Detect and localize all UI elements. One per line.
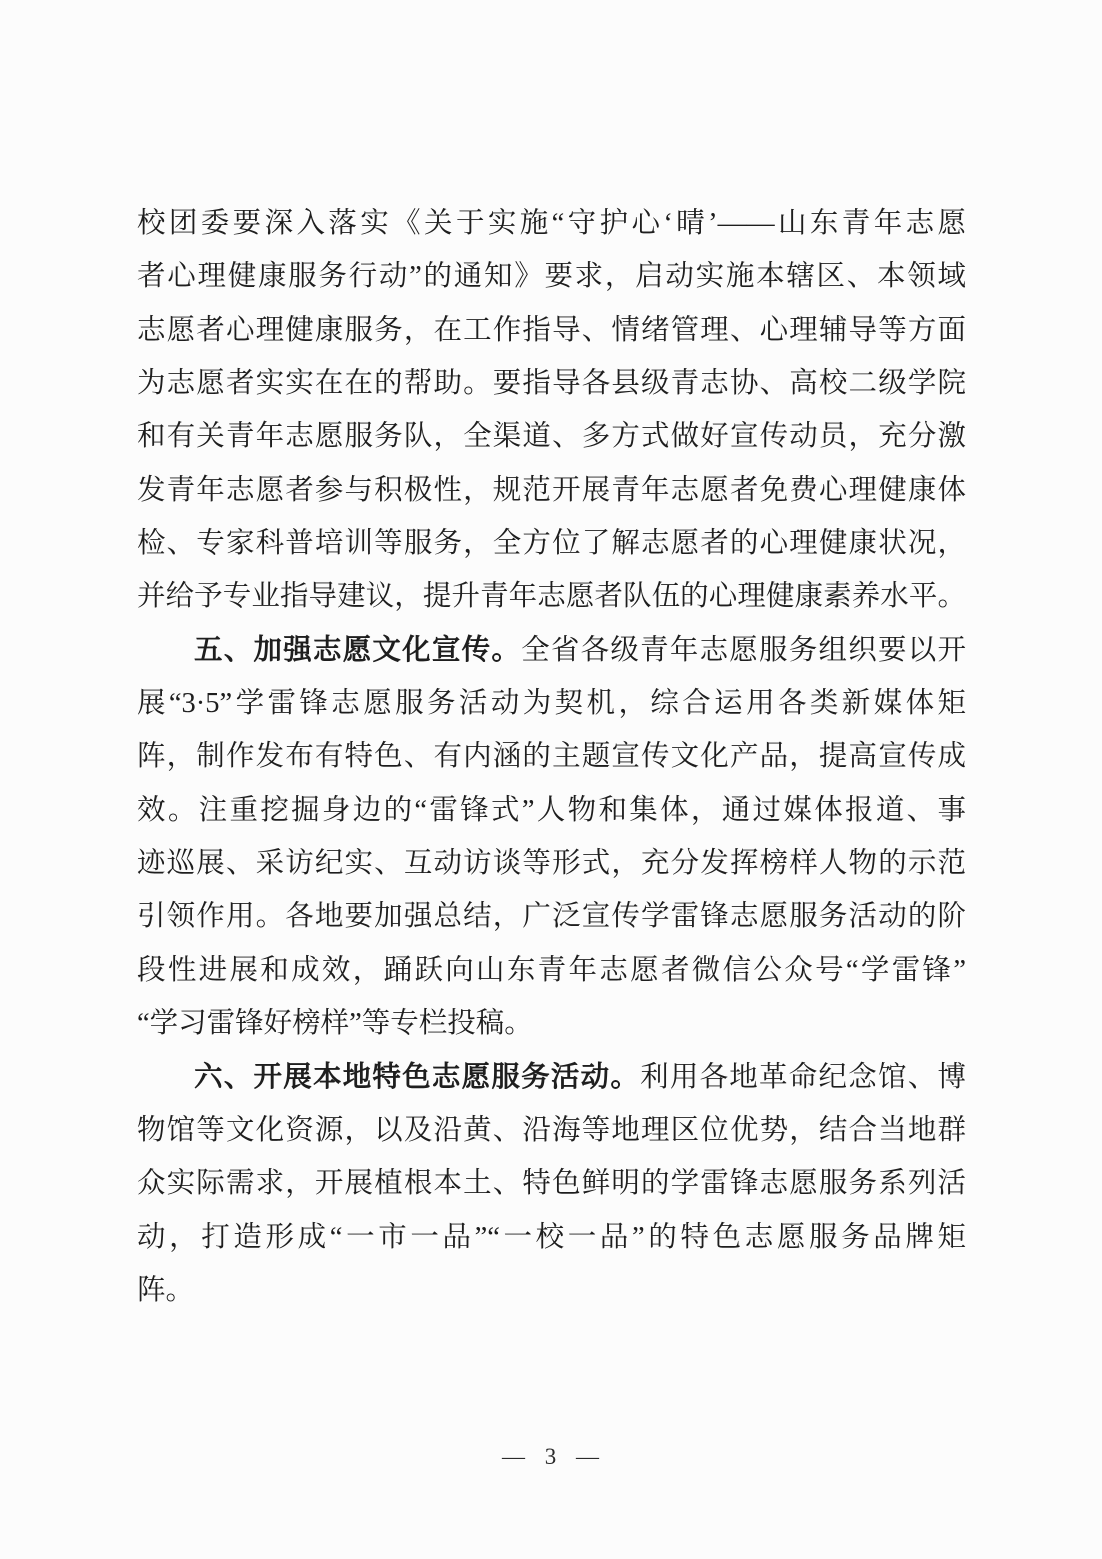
- text-segment: 为志愿者实实在在的帮助。要指导各县级青志协、高校二级学院: [137, 368, 966, 399]
- text-segment: 志愿者心理健康服务，在工作指导、情绪管理、心理辅导等方面: [137, 315, 966, 346]
- text-line: 展“3·5”学雷锋志愿服务活动为契机，综合运用各类新媒体矩: [137, 677, 966, 730]
- text-segment: 引领作用。各地要加强总结，广泛宣传学雷锋志愿服务活动的阶: [137, 901, 966, 932]
- text-segment: 物馆等文化资源，以及沿黄、沿海等地理区位优势，结合当地群: [137, 1115, 966, 1146]
- text-segment: 阵，制作发布有特色、有内涵的主题宣传文化产品，提高宣传成: [137, 741, 966, 772]
- text-segment: 利用各地革命纪念馆、博: [640, 1062, 966, 1093]
- text-segment: 众实际需求，开展植根本土、特色鲜明的学雷锋志愿服务系列活: [137, 1168, 966, 1199]
- text-line: 段性进展和成效，踊跃向山东青年志愿者微信公众号“学雷锋”: [137, 944, 966, 997]
- page-number: — 3 —: [502, 1444, 600, 1469]
- text-line: 者心理健康服务行动”的通知》要求，启动实施本辖区、本领域: [137, 250, 966, 303]
- text-line: 物馆等文化资源，以及沿黄、沿海等地理区位优势，结合当地群: [137, 1104, 966, 1157]
- text-segment: 效。注重挖掘身边的“雷锋式”人物和集体，通过媒体报道、事: [137, 795, 966, 826]
- text-segment: 发青年志愿者参与积极性，规范开展青年志愿者免费心理健康体: [137, 475, 966, 506]
- text-line: 校团委要深入落实《关于实施“守护心‘晴’——山东青年志愿: [137, 197, 966, 250]
- text-line: 为志愿者实实在在的帮助。要指导各县级青志协、高校二级学院: [137, 357, 966, 410]
- text-segment: 并给予专业指导建议，提升青年志愿者队伍的心理健康素养水平。: [137, 581, 966, 612]
- text-line: 五、加强志愿文化宣传。全省各级青年志愿服务组织要以开: [137, 624, 966, 677]
- text-segment: 展“3·5”学雷锋志愿服务活动为契机，综合运用各类新媒体矩: [137, 688, 966, 719]
- text-line: 迹巡展、采访纪实、互动访谈等形式，充分发挥榜样人物的示范: [137, 837, 966, 890]
- text-segment: 和有关青年志愿服务队，全渠道、多方式做好宣传动员，充分激: [137, 421, 966, 452]
- text-segment: 校团委要深入落实《关于实施“守护心‘晴’——山东青年志愿: [137, 208, 966, 239]
- text-line: 众实际需求，开展植根本土、特色鲜明的学雷锋志愿服务系列活: [137, 1157, 966, 1210]
- text-line: 引领作用。各地要加强总结，广泛宣传学雷锋志愿服务活动的阶: [137, 890, 966, 943]
- text-segment: 动，打造形成“一市一品”“一校一品”的特色志愿服务品牌矩: [137, 1222, 966, 1253]
- text-segment: 者心理健康服务行动”的通知》要求，启动实施本辖区、本领域: [137, 261, 966, 292]
- text-segment: “学习雷锋好榜样”等专栏投稿。: [137, 1008, 533, 1039]
- text-line: 并给予专业指导建议，提升青年志愿者队伍的心理健康素养水平。: [137, 570, 966, 623]
- text-segment: 检、专家科普培训等服务，全方位了解志愿者的心理健康状况，: [137, 528, 966, 559]
- page-footer: — 3 —: [0, 1441, 1102, 1473]
- text-segment: 阵。: [137, 1275, 194, 1306]
- text-line: 阵，制作发布有特色、有内涵的主题宣传文化产品，提高宣传成: [137, 730, 966, 783]
- section-heading: 五、加强志愿文化宣传。: [194, 634, 521, 666]
- text-line: “学习雷锋好榜样”等专栏投稿。: [137, 997, 966, 1050]
- text-line: 志愿者心理健康服务，在工作指导、情绪管理、心理辅导等方面: [137, 304, 966, 357]
- text-line: 发青年志愿者参与积极性，规范开展青年志愿者免费心理健康体: [137, 464, 966, 517]
- text-line: 动，打造形成“一市一品”“一校一品”的特色志愿服务品牌矩: [137, 1211, 966, 1264]
- text-line: 阵。: [137, 1264, 966, 1317]
- text-line: 效。注重挖掘身边的“雷锋式”人物和集体，通过媒体报道、事: [137, 784, 966, 837]
- text-line: 六、开展本地特色志愿服务活动。利用各地革命纪念馆、博: [137, 1051, 966, 1104]
- text-line: 和有关青年志愿服务队，全渠道、多方式做好宣传动员，充分激: [137, 410, 966, 463]
- body-text: 校团委要深入落实《关于实施“守护心‘晴’——山东青年志愿者心理健康服务行动”的通…: [137, 197, 966, 1317]
- text-segment: 全省各级青年志愿服务组织要以开: [521, 635, 966, 666]
- text-line: 检、专家科普培训等服务，全方位了解志愿者的心理健康状况，: [137, 517, 966, 570]
- text-segment: 段性进展和成效，踊跃向山东青年志愿者微信公众号“学雷锋”: [137, 955, 966, 986]
- text-segment: 迹巡展、采访纪实、互动访谈等形式，充分发挥榜样人物的示范: [137, 848, 966, 879]
- section-heading: 六、开展本地特色志愿服务活动。: [194, 1061, 640, 1093]
- document-page: 校团委要深入落实《关于实施“守护心‘晴’——山东青年志愿者心理健康服务行动”的通…: [0, 0, 1102, 1559]
